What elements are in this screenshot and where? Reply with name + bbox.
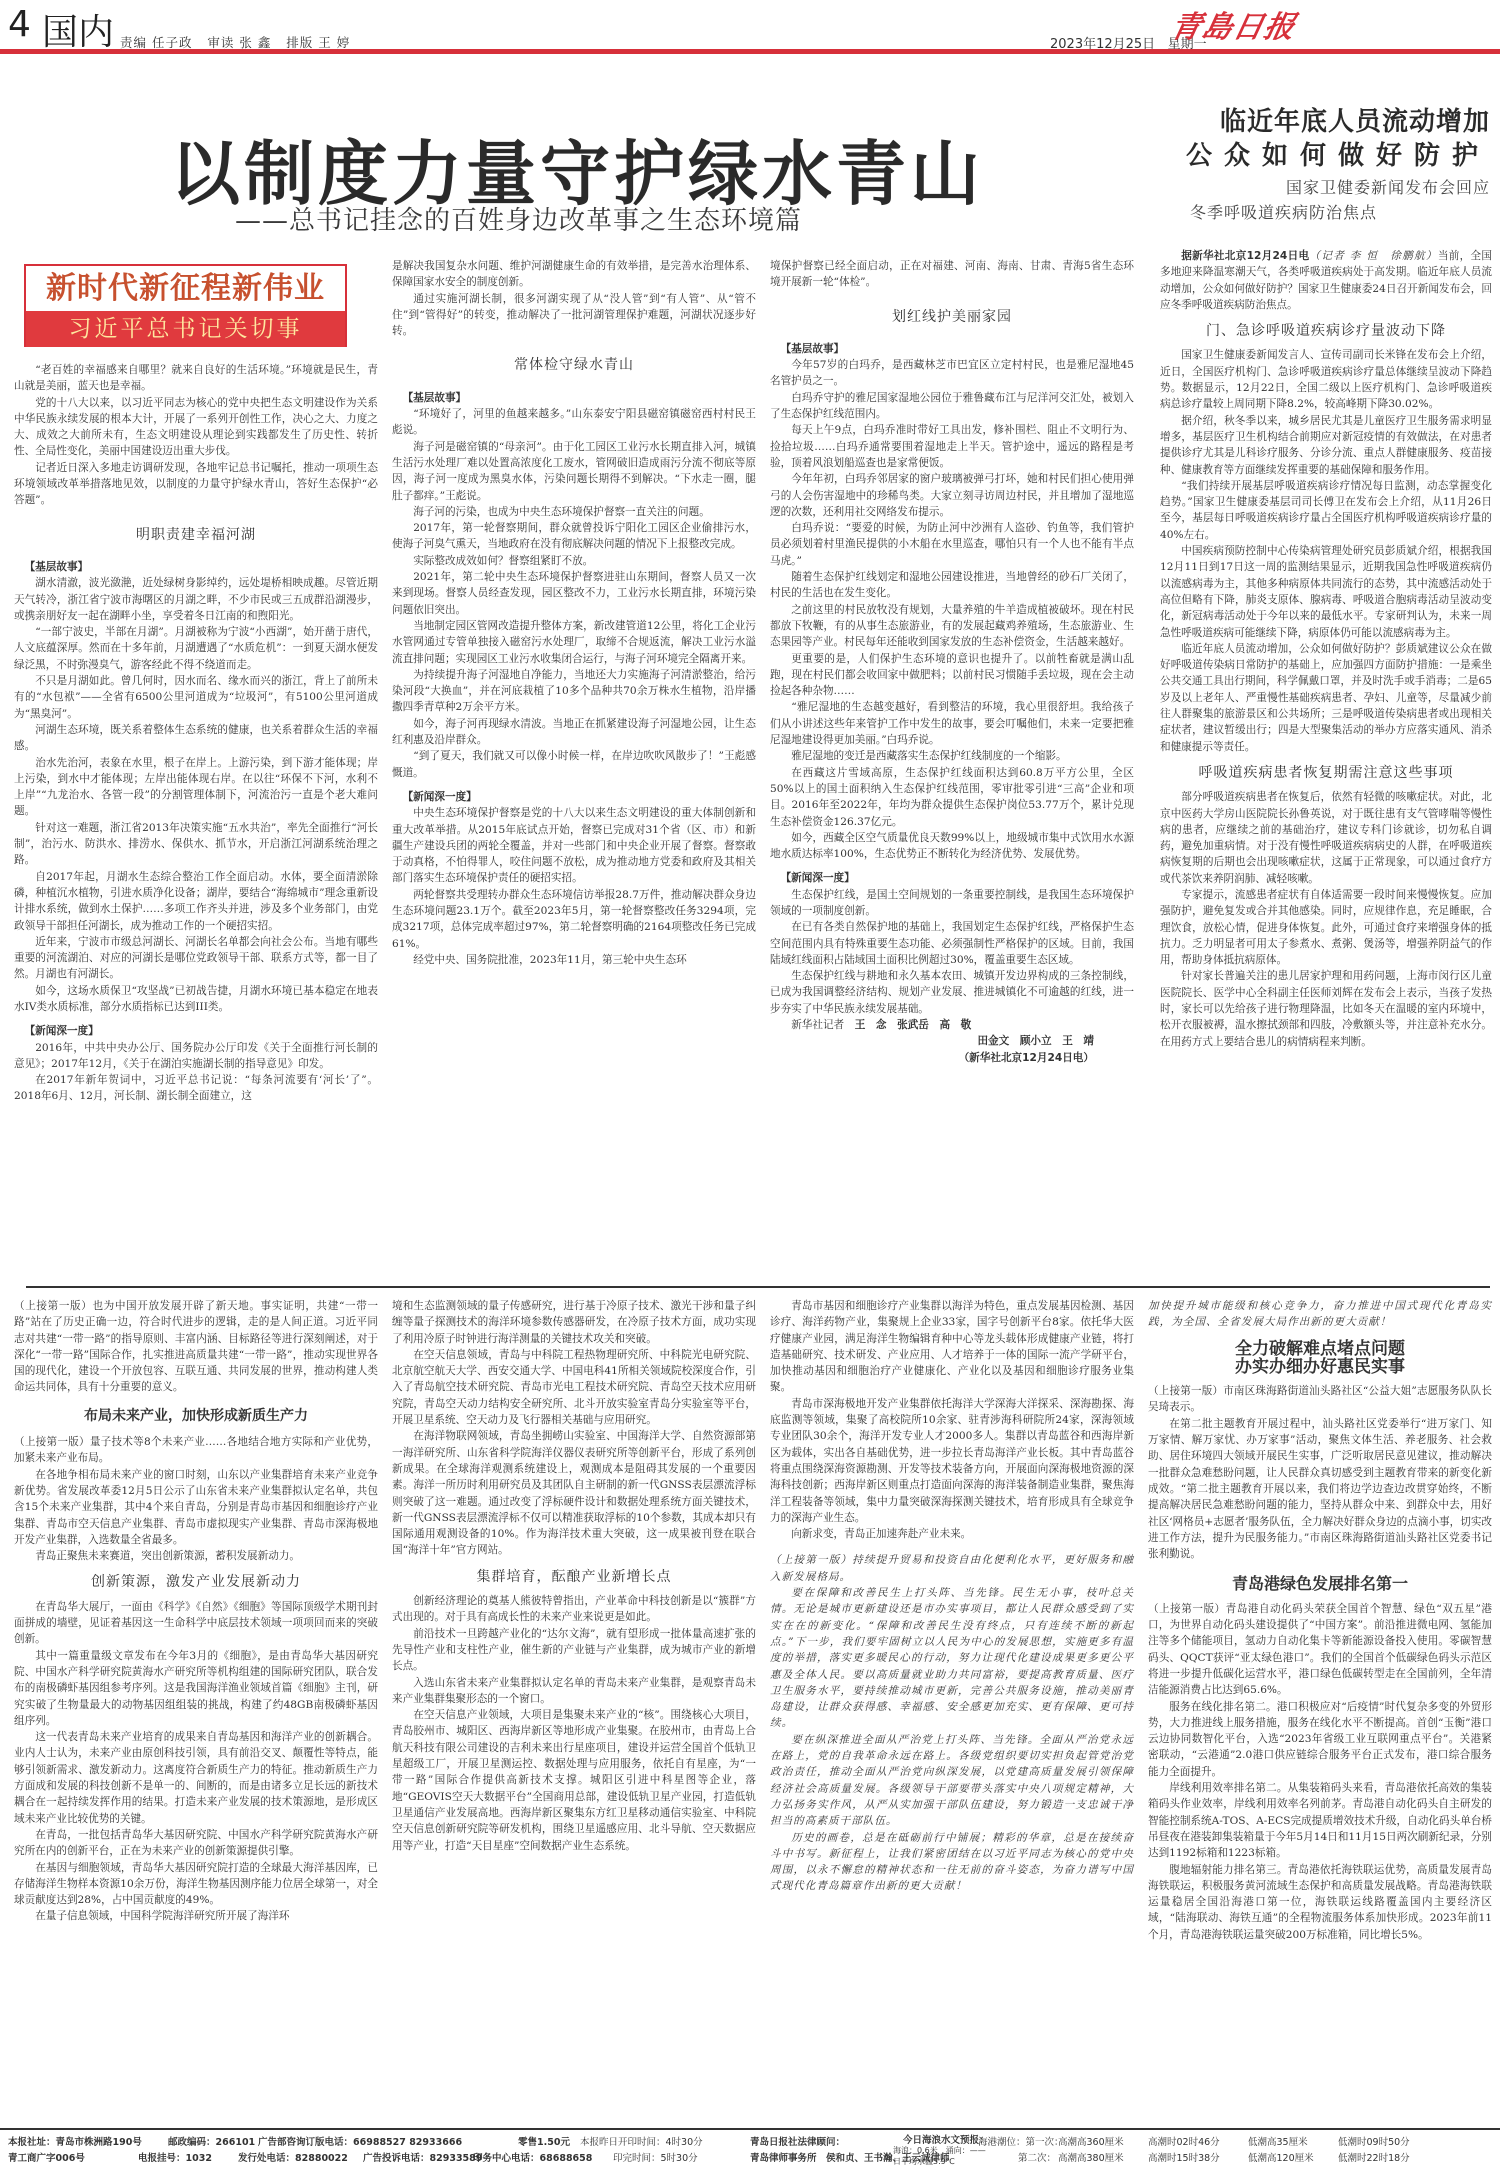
footer-print-end: 印完时间：5时30分 bbox=[613, 2150, 698, 2164]
side-section-heading: 门、急诊呼吸道疾病诊疗量波动下降 bbox=[1160, 323, 1492, 339]
paragraph: （上接第一版）青岛港自动化码头荣获全国首个智慧、绿色“双五星”港口，为世界自动化… bbox=[1148, 1601, 1492, 1699]
dateline-lead: 据新华社北京12月24日电 bbox=[1181, 250, 1309, 262]
paragraph: 在基因与细胞领域，青岛华大基因研究院打造的全球最大海洋基因库，已存储海洋生物样本… bbox=[14, 1860, 378, 1909]
paragraph: 岸线利用效率排名第二。从集装箱码头来看，青岛港依托高效的集装箱码头作业效率，岸线… bbox=[1148, 1780, 1492, 1861]
paragraph: “老百姓的幸福感来自哪里？就来自良好的生活环境。”环境就是民生，青山就是美丽，蓝… bbox=[14, 362, 378, 395]
dateline: （新华社北京12月24日电） bbox=[770, 1050, 1134, 1066]
story-tag: 【新闻深一度】 bbox=[392, 789, 756, 805]
paragraph: 中国疾病预防控制中心传染病管理处研究员彭质斌介绍，根据我国12月11日到17日这… bbox=[1160, 543, 1492, 641]
paragraph: 在已有各类自然保护地的基础上，我国划定生态保护红线，严格保护生态空间范围内具有特… bbox=[770, 919, 1134, 968]
story-tag: 【基层故事】 bbox=[14, 559, 378, 575]
footer-ad-phone: 广告部咨询订版电话：66988527 82933666 bbox=[258, 2134, 462, 2148]
page-number: 4 bbox=[8, 4, 33, 45]
story-headline-port: 青岛港绿色发展排名第一 bbox=[1148, 1576, 1492, 1592]
side-section-heading: 呼吸道疾病患者恢复期需注意这些事项 bbox=[1160, 765, 1492, 781]
paragraph: 入选山东省未来产业集群拟认定名单的青岛未来产业集群，是观察青岛未来产业集群集聚形… bbox=[392, 1675, 756, 1708]
paragraph: 服务在线化排名第二。港口积极应对“后疫情”时代复杂多变的外贸形势，大力推进线上服… bbox=[1148, 1699, 1492, 1780]
side-story-title-2: 公众如何做好防护 bbox=[1160, 139, 1490, 173]
section-heading: 划红线护美丽家园 bbox=[770, 309, 1134, 325]
paragraph: 实际整改成效如何？督察组紧盯不放。 bbox=[392, 553, 756, 569]
footer-ad-complaint: 广告投诉电话：82933589 bbox=[363, 2150, 482, 2164]
story-headline-1: 全力破解难点堵点问题 bbox=[1148, 1341, 1492, 1357]
paragraph: 中央生态环境保护督察是党的十八大以来生态文明建设的重大体制创新和重大改革举措。从… bbox=[392, 805, 756, 886]
paragraph: 国家卫生健康委新闻发言人、宣传司副司长米锋在发布会上介绍，近日，全国医疗机构门、… bbox=[1160, 347, 1492, 412]
lower-column-4: 加快提升城市能级和核心竞争力，奋力推进中国式现代化青岛实践，为全国、全省发展大局… bbox=[1148, 1298, 1492, 1943]
footer-tide-1-high-time: 高潮时02时46分 bbox=[1148, 2134, 1220, 2148]
paragraph: 随着生态保护红线划定和湿地公园建设推进，当地曾经的砂石厂关闭了，村民的生活也在发… bbox=[770, 569, 1134, 602]
paragraph: 2016年，中共中央办公厅、国务院办公厅印发《关于全面推行河长制的意见》；201… bbox=[14, 1040, 378, 1073]
footer-forecast-temp: 日平均水温5.9℃ bbox=[893, 2156, 955, 2167]
section-heading: 集群培育，酝酿产业新增长点 bbox=[392, 1569, 756, 1585]
paragraph: 部分呼吸道疾病患者在恢复后，依然有轻微的咳嗽症状。对此，北京中医药大学房山医院院… bbox=[1160, 789, 1492, 887]
paragraph: 海子河的污染，也成为中央生态环境保护督察一直关注的问题。 bbox=[392, 504, 756, 520]
paragraph: 湖水清澈，波光潋滟，近处绿树身影绰约，远处堤桥相映成趣。尽管近期天气转冷，浙江省… bbox=[14, 575, 378, 624]
paragraph: 在西藏这片雪域高原，生态保护红线面积达到60.8万平方公里，全区50%以上的国土… bbox=[770, 765, 1134, 830]
paragraph: 今年57岁的白玛乔，是西藏林芝市巴宜区立定村村民，也是雅尼湿地45名管护员之一。 bbox=[770, 357, 1134, 390]
footer-tide-2-high-time: 高潮时15时38分 bbox=[1148, 2150, 1220, 2164]
footer-tide-label-1: 海港潮位：第一次： bbox=[978, 2134, 1064, 2148]
footer-tide-1-low: 低潮高35厘米 bbox=[1248, 2134, 1308, 2148]
story-headline-2: 办实办细办好惠民实事 bbox=[1148, 1359, 1492, 1375]
paragraph: 在青岛华大展厅，一面由《科学》《自然》《细胞》等国际顶级学术期刊封面拼成的墙壁，… bbox=[14, 1599, 378, 1648]
paragraph: 当地制定园区管网改造提升整体方案，新改建管道12公里，将化工企业污水管网通过专管… bbox=[392, 618, 756, 667]
paragraph: 境保护督察已经全面启动，正在对福建、河南、海南、甘肃、青海5省生态环境开展新一轮… bbox=[770, 258, 1134, 291]
paragraph: 针对家长普遍关注的患儿居家护理和用药问题，上海市闵行区儿童医院院长、医学中心全科… bbox=[1160, 968, 1492, 1049]
side-story-header: 临近年底人员流动增加 公众如何做好防护 国家卫健委新闻发布会回应 冬季呼吸道疾病… bbox=[1160, 105, 1490, 223]
side-story-subtitle-2: 冬季呼吸道疾病防治焦点 bbox=[1160, 200, 1490, 223]
footer-address: 本报社址：青岛市株洲路190号 bbox=[8, 2134, 142, 2148]
paragraph: 记者近日深入多地走访调研发现，各地牢记总书记嘱托，推动一项项生态环境领域改革举措… bbox=[14, 460, 378, 509]
paragraph: 临近年底人员流动增加，公众如何做好防护？彭质斌建议公众在做好呼吸道传染病日常防护… bbox=[1160, 641, 1492, 755]
section-title: 国内 bbox=[42, 4, 114, 55]
story-tag: 【基层故事】 bbox=[392, 390, 756, 406]
masthead: 4 国内 责编 任子政 审读 张 鑫 排版 王 婷 2023年12月25日 星期… bbox=[0, 0, 1500, 56]
paragraph: “我们持续开展基层呼吸道疾病诊疗情况每日监测，动态掌握变化趋势。”国家卫生健康委… bbox=[1160, 478, 1492, 543]
paragraph: “一部宁波史，半部在月湖”。月湖被称为宁波“小西湖”，始开凿于唐代，人文底蕴深厚… bbox=[14, 624, 378, 673]
paragraph: 是解决我国复杂水问题、维护河湖健康生命的有效举措，是完善水治理体系、保障国家水安… bbox=[392, 258, 756, 291]
paragraph: 前沿技术一旦跨越产业化的“达尔文海”，就有望形成一批体量高速扩张的先导性产业和支… bbox=[392, 1626, 756, 1675]
paragraph: “环境好了，河里的鱼越来越多。”山东泰安宁阳县磁窑镇磁窑西村村民王彪说。 bbox=[392, 406, 756, 439]
main-story-column-2: 是解决我国复杂水问题、维护河湖健康生命的有效举措，是完善水治理体系、保障国家水安… bbox=[392, 258, 756, 968]
paragraph: （上接第一版）持续提升贸易和投资自由化便利化水平，更好服务和融入新发展格局。 bbox=[770, 1552, 1134, 1585]
story-tag: 【新闻深一度】 bbox=[14, 1023, 378, 1039]
paragraph: 其中一篇重量级文章发布在今年3月的《细胞》，是由青岛华大基因研究院、中国水产科学… bbox=[14, 1648, 378, 1729]
footer-forecast-title: 今日海浪水文预报： bbox=[903, 2132, 989, 2146]
footer-tide-2-low-time: 低潮时22时18分 bbox=[1338, 2150, 1410, 2164]
paragraph: “雅尼湿地的生态越变越好，看到整洁的环境，我心里很舒坦。我给孩子们从小讲述这些年… bbox=[770, 699, 1134, 748]
paragraph: 更重要的是，人们保护生态环境的意识也提升了。以前牲畜就是满山乱跑，现在村民们都会… bbox=[770, 651, 1134, 700]
footer-price: 零售1.50元 bbox=[518, 2134, 570, 2148]
paragraph: 生态保护红线与耕地和永久基本农田、城镇开发边界构成的三条控制线，已成为我国调整经… bbox=[770, 968, 1134, 1017]
paragraph: 2017年，第一轮督察期间，群众就曾投诉宁阳化工园区企业偷排污水，使海子河臭气熏… bbox=[392, 520, 756, 553]
paragraph: 海子河是磁窑镇的“母亲河”。由于化工园区工业污水长期直排入河，城镇生活污水处理厂… bbox=[392, 439, 756, 504]
paragraph: 针对这一难题，浙江省2013年决策实施“五水共治”，率先全面推行“河长制”，治污… bbox=[14, 820, 378, 869]
paragraph: 每天上午9点，白玛乔准时带好工具出发，修补围栏、阻止不文明行为、捡拾垃圾……白玛… bbox=[770, 422, 1134, 471]
paragraph: 要在纵深推进全面从严治党上打头阵、当先锋。全面从严治党永远在路上，党的自我革命永… bbox=[770, 1732, 1134, 1830]
paragraph: 之前这里的村民放牧没有规划，大量养殖的牛羊造成植被破坏。现在村民都放下牧鞭，有的… bbox=[770, 602, 1134, 651]
footer-tide-2-low: 低潮高120厘米 bbox=[1248, 2150, 1314, 2164]
paragraph: 如今，这场水质保卫“攻坚战”已初战告捷，月湖水环境已基本稳定在地表水IV类水质标… bbox=[14, 983, 378, 1016]
footer-tide-2-high: 高潮高380厘米 bbox=[1058, 2150, 1124, 2164]
paragraph: 这一代表青岛未来产业培育的成果来自青岛基因和海洋产业的创新耦合。业内人士认为，未… bbox=[14, 1729, 378, 1827]
side-story-title-1: 临近年底人员流动增加 bbox=[1160, 105, 1490, 139]
footer-distribution-phone: 发行处电话：82880022 bbox=[238, 2150, 348, 2164]
paragraph: 据介绍，秋冬季以来，城乡居民尤其是儿童医疗卫生服务需求明显增多，基层医疗卫生机构… bbox=[1160, 413, 1492, 478]
paragraph: 经党中央、国务院批准，2023年11月，第三轮中央生态环 bbox=[392, 952, 756, 968]
footer-legal-label: 青岛日报社法律顾问： bbox=[750, 2134, 845, 2148]
footer-postcode: 邮政编码：266101 bbox=[168, 2134, 255, 2148]
paragraph: 治水先治河，表象在水里，根子在岸上。上游污染，到下游才能体现；岸上污染，到水中才… bbox=[14, 755, 378, 820]
byline-row: 新华社记者 王 念 张武岳 高 敬 bbox=[770, 1017, 1134, 1033]
paragraph: 专家提示，流感患者症状有自体适需要一段时间来慢慢恢复。应加强防护，避免复发或合并… bbox=[1160, 887, 1492, 968]
newspaper-logo: 青島日报 bbox=[1167, 2, 1300, 46]
banner-bottom-text: 习近平总书记关切事 bbox=[26, 311, 345, 347]
paragraph: 如今，西藏全区空气质量优良天数99%以上，地级城市集中式饮用水水源地水质达标率1… bbox=[770, 830, 1134, 863]
story-tag: 【基层故事】 bbox=[770, 341, 1134, 357]
section-heading: 常体检守绿水青山 bbox=[392, 357, 756, 373]
paragraph: 青岛市基因和细胞诊疗产业集群以海洋为特色，重点发展基因检测、基因诊疗、海洋药物产… bbox=[770, 1298, 1134, 1396]
paragraph: 青岛正聚焦未来赛道，突出创新策源，蓄积发展新动力。 bbox=[14, 1548, 378, 1564]
paragraph: 生态保护红线，是国土空间规划的一条重要控制线，是我国生态环境保护领域的一项制度创… bbox=[770, 887, 1134, 920]
paragraph: 在空天信息产业领域，大项目是集聚未来产业的“核”。围绕核心大项目，青岛胶州市、城… bbox=[392, 1707, 756, 1854]
footer-license: 青工商广字006号 bbox=[8, 2150, 85, 2164]
story-headline: 布局未来产业，加快形成新质生产力 bbox=[14, 1408, 378, 1424]
paragraph: 青岛市深海极地开发产业集群依托海洋大学深海大洋探采、深海勘探、海底监测等领域，集… bbox=[770, 1396, 1134, 1526]
paragraph: 近年来，宁波市市级总河湖长、河湖长名单都会向社会公布。当地有哪些重要的河流湖泊、… bbox=[14, 934, 378, 983]
paragraph: 白玛乔说：“要爱的时候，为防止河中沙洲有人盗砂、钓鱼等，我们管护员必须划着村里渔… bbox=[770, 520, 1134, 569]
section-heading: 创新策源，激发产业发展新动力 bbox=[14, 1574, 378, 1590]
byline-names: 王 念 张武岳 高 敬 bbox=[855, 1019, 972, 1031]
paragraph: “到了夏天，我们就又可以像小时候一样，在岸边吹吹风散步了！”王彪感慨道。 bbox=[392, 748, 756, 781]
lower-column-1: （上接第一版）也为中国开放发展开辟了新天地。事实证明，共建“一带一路”站在了历史… bbox=[14, 1298, 378, 1925]
section-heading: 明职责建幸福河湖 bbox=[14, 527, 378, 543]
series-banner: 新时代新征程新伟业 习近平总书记关切事 bbox=[24, 264, 347, 347]
paragraph: （上接第一版）市南区珠海路街道汕头路社区“公益大姐”志愿服务队队长吴琦表示。 bbox=[1148, 1383, 1492, 1416]
byline-names-2: 田金文 顾小立 王 靖 bbox=[770, 1033, 1134, 1049]
paragraph: 2021年，第二轮中央生态环境保护督察进驻山东期间，督察人员又一次来到现场。督察… bbox=[392, 569, 756, 618]
side-story-subtitle-1: 国家卫健委新闻发布会回应 bbox=[1160, 175, 1490, 198]
paragraph: （上接第一版）也为中国开放发展开辟了新天地。事实证明，共建“一带一路”站在了历史… bbox=[14, 1298, 378, 1396]
byline-prefix: 新华社记者 bbox=[791, 1019, 844, 1031]
paragraph: 如今，海子河再现绿水清波。当地正在抓紧建设海子河湿地公园，让生态红利惠及沿岸群众… bbox=[392, 716, 756, 749]
main-story-column-3: 境保护督察已经全面启动，正在对福建、河南、海南、甘肃、青海5省生态环境开展新一轮… bbox=[770, 258, 1134, 1066]
footer-printing-center: 印务中心电话：68688658 bbox=[473, 2150, 592, 2164]
paragraph: 要在保障和改善民生上打头阵、当先锋。民生无小事，枝叶总关情。无论是城市更新建设还… bbox=[770, 1585, 1134, 1732]
footer-forecast-wave: 海浪：0.6米 涌向：—— bbox=[893, 2145, 986, 2156]
paragraph: 在青岛，一批包括青岛华大基因研究院、中国水产科学研究院黄海水产研究所在内的创新平… bbox=[14, 1827, 378, 1860]
paragraph: 为持续提升海子河湿地自净能力，当地还大力实施海子河清淤整治，给污染河段“大换血”… bbox=[392, 667, 756, 716]
slogan: 加快提升城市能级和核心竞争力，奋力推进中国式现代化青岛实践，为全国、全省发展大局… bbox=[1148, 1298, 1492, 1331]
paragraph: 通过实施河湖长制，很多河湖实现了从“没人管”到“有人管”、从“管不住”到“管得好… bbox=[392, 291, 756, 340]
paragraph: 向新求变，青岛正加速奔赴产业未来。 bbox=[770, 1526, 1134, 1542]
footer-divider bbox=[0, 2128, 1500, 2130]
footer-tide-1-high: 高潮高360厘米 bbox=[1058, 2134, 1124, 2148]
lower-column-2: 境和生态监测领域的量子传感研究，进行基于冷原子技术、激光干涉和量子纠缠等量子探测… bbox=[392, 1298, 756, 1854]
paragraph: 河湖生态环境，既关系着整体生态系统的健康，也关系着群众生活的幸福感。 bbox=[14, 722, 378, 755]
paragraph: 在各地争相布局未来产业的窗口时刻，山东以产业集群培育未来产业竞争新优势。省发展改… bbox=[14, 1467, 378, 1548]
story-tag: 【新闻深一度】 bbox=[770, 870, 1134, 886]
masthead-divider bbox=[0, 49, 1500, 54]
lower-column-3: 青岛市基因和细胞诊疗产业集群以海洋为特色，重点发展基因检测、基因诊疗、海洋药物产… bbox=[770, 1298, 1134, 1895]
paragraph: 创新经济理论的奠基人熊彼特曾指出，产业革命中科技创新是以“簇群”方式出现的。对于… bbox=[392, 1593, 756, 1626]
paragraph: 历史的画卷，总是在砥砺前行中铺展；精彩的华章，总是在接续奋斗中书写。新征程上，让… bbox=[770, 1830, 1134, 1895]
section-divider-right bbox=[1140, 1286, 1490, 1288]
paragraph: 今年年初，白玛乔邻居家的窗户玻璃被弹弓打坏，她和村民们担心使用弹弓的人会伤害湿地… bbox=[770, 471, 1134, 520]
main-subheadline: ——总书记挂念的百姓身边改革事之生态环境篇 bbox=[235, 200, 802, 237]
spacer bbox=[770, 1542, 1134, 1552]
paragraph: 雅尼湿地的变迁是西藏落实生态保护红线制度的一个缩影。 bbox=[770, 748, 1134, 764]
paragraph: 自2017年起，月湖水生态综合整治工作全面启动。水体，要全面清淤除磷，种植沉水植… bbox=[14, 869, 378, 934]
paragraph: 不只是月湖如此。曾几何时，因水而名、缘水而兴的浙江，背上了前所未有的“水包袱”—… bbox=[14, 673, 378, 722]
footer-telegraph: 电报挂号：1032 bbox=[138, 2150, 212, 2164]
paragraph: 在第二批主题教育开展过程中，汕头路社区党委举行“进万家门、知万家情、解万家忧、办… bbox=[1148, 1416, 1492, 1563]
paragraph: 境和生态监测领域的量子传感研究，进行基于冷原子技术、激光干涉和量子纠缠等量子探测… bbox=[392, 1298, 756, 1347]
footer-tide-label-2: 第二次： bbox=[1018, 2150, 1056, 2164]
paragraph: 在空天信息领域，青岛与中科院工程热物理研究所、中科院光电研究院、北京航空航天大学… bbox=[392, 1347, 756, 1428]
reporters: （记者 李 恒 徐鹏航） bbox=[1309, 250, 1437, 262]
paragraph: 两轮督察共受理转办群众生态环境信访举报28.7万件，推动解决群众身边生态环境问题… bbox=[392, 887, 756, 952]
main-story-column-1: “老百姓的幸福感来自哪里？就来自良好的生活环境。”环境就是民生，青山就是美丽，蓝… bbox=[14, 362, 378, 1105]
footer-print-start: 本报昨日开印时间：4时30分 bbox=[580, 2134, 703, 2148]
footer-tide-1-low-time: 低潮时09时50分 bbox=[1338, 2134, 1410, 2148]
paragraph: 白玛乔守护的雅尼国家湿地公园位于雅鲁藏布江与尼洋河交汇处，被划入了生态保护红线范… bbox=[770, 390, 1134, 423]
paragraph: 在量子信息领域，中国科学院海洋研究所开展了海洋环 bbox=[14, 1908, 378, 1924]
paragraph: 在海洋物联网领域，青岛坐拥崂山实验室、中国海洋大学、自然资源部第一海洋研究所、山… bbox=[392, 1428, 756, 1558]
section-divider bbox=[26, 1286, 1146, 1288]
paragraph: 党的十八大以来，以习近平同志为核心的党中央把生态文明建设作为关系中华民族永续发展… bbox=[14, 395, 378, 460]
side-story-body: 据新华社北京12月24日电（记者 李 恒 徐鹏航）当前，全国多地迎来降温寒潮天气… bbox=[1160, 248, 1492, 1050]
paragraph: （上接第一版）量子技术等8个未来产业……各地结合地方实际和产业优势，加紧未来产业… bbox=[14, 1434, 378, 1467]
banner-top-text: 新时代新征程新伟业 bbox=[26, 266, 345, 311]
paragraph: 腹地辐射能力排名第三。青岛港依托海铁联运优势，高质量发展青岛海铁联运，积极服务黄… bbox=[1148, 1862, 1492, 1943]
paragraph: 据新华社北京12月24日电（记者 李 恒 徐鹏航）当前，全国多地迎来降温寒潮天气… bbox=[1160, 248, 1492, 313]
paragraph: 在2017年新年贺词中，习近平总书记说：“每条河流要有‘河长’了”。2018年6… bbox=[14, 1072, 378, 1105]
